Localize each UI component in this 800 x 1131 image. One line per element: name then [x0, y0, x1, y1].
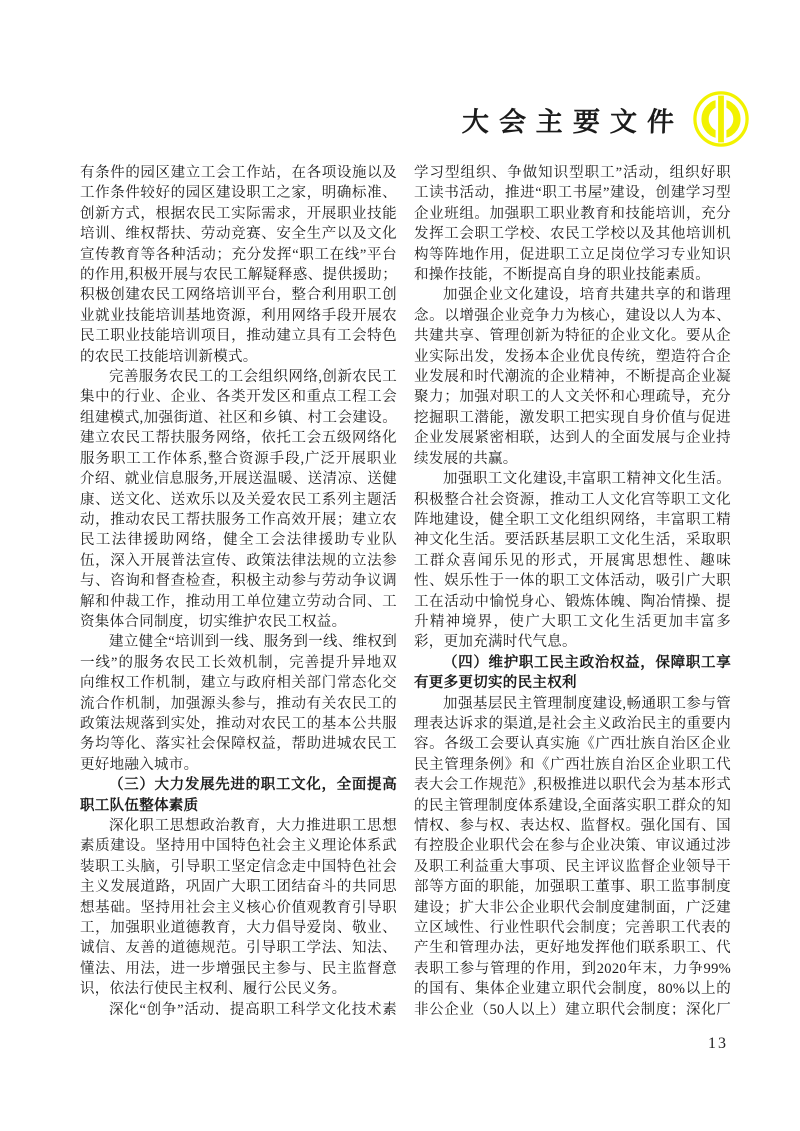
paragraph: 建立健全“培训到一线、服务到一线、维权到一线”的服务农民工长效机制，完善提升异地…: [80, 632, 397, 775]
paragraph: 深化职工思想政治教育，大力推进职工思想素质建设。坚持用中国特色社会主义理论体系武…: [80, 816, 397, 1000]
page-title: 大会主要文件: [461, 100, 684, 139]
paragraph: 完善服务农民工的工会组织网络,创新农民工集中的行业、企业、各类开发区和重点工程工…: [80, 367, 397, 632]
document-body: 有条件的园区建立工会工作站，在各项设施以及工作条件较好的园区建设职工之家，明确标…: [80, 163, 731, 1015]
paragraph: 学习型组织、争做知识型职工”活动，组织好职工读书活动，推进“职工书屋”建设，创建…: [414, 163, 731, 285]
paragraph: 深化“创争”活动，提高职工科学文化技术素质。坚持以职工全面发展的需求为导向，以提…: [80, 1000, 397, 1015]
left-column: 有条件的园区建立工会工作站，在各项设施以及工作条件较好的园区建设职工之家，明确标…: [80, 163, 397, 1015]
paragraph: 加强企业文化建设，培育共建共享的和谐理念。以增强企业竞争力为核心，建设以人为本、…: [414, 285, 731, 469]
section-heading: （四）维护职工民主政治权益，保障职工享有更多更切实的民主权利: [414, 653, 731, 694]
union-emblem-icon: [692, 90, 750, 148]
right-column: 学习型组织、争做知识型职工”活动，组织好职工读书活动，推进“职工书屋”建设，创建…: [414, 163, 731, 1015]
paragraph: 加强基层民主管理制度建设,畅通职工参与管理表达诉求的渠道,是社会主义政治民主的重…: [414, 694, 731, 1015]
section-heading: （三）大力发展先进的职工文化，全面提高职工队伍整体素质: [80, 775, 397, 816]
paragraph: 有条件的园区建立工会工作站，在各项设施以及工作条件较好的园区建设职工之家，明确标…: [80, 163, 397, 367]
page-header: 大会主要文件: [462, 90, 750, 148]
page-number: 13: [708, 1035, 728, 1053]
document-page: 大会主要文件 有条件的园区建立工会工作站，在各项设施以及工作条件较好的园区建设职…: [0, 0, 800, 1131]
paragraph: 加强职工文化建设,丰富职工精神文化生活。积极整合社会资源，推动工人文化宫等职工文…: [414, 469, 731, 653]
